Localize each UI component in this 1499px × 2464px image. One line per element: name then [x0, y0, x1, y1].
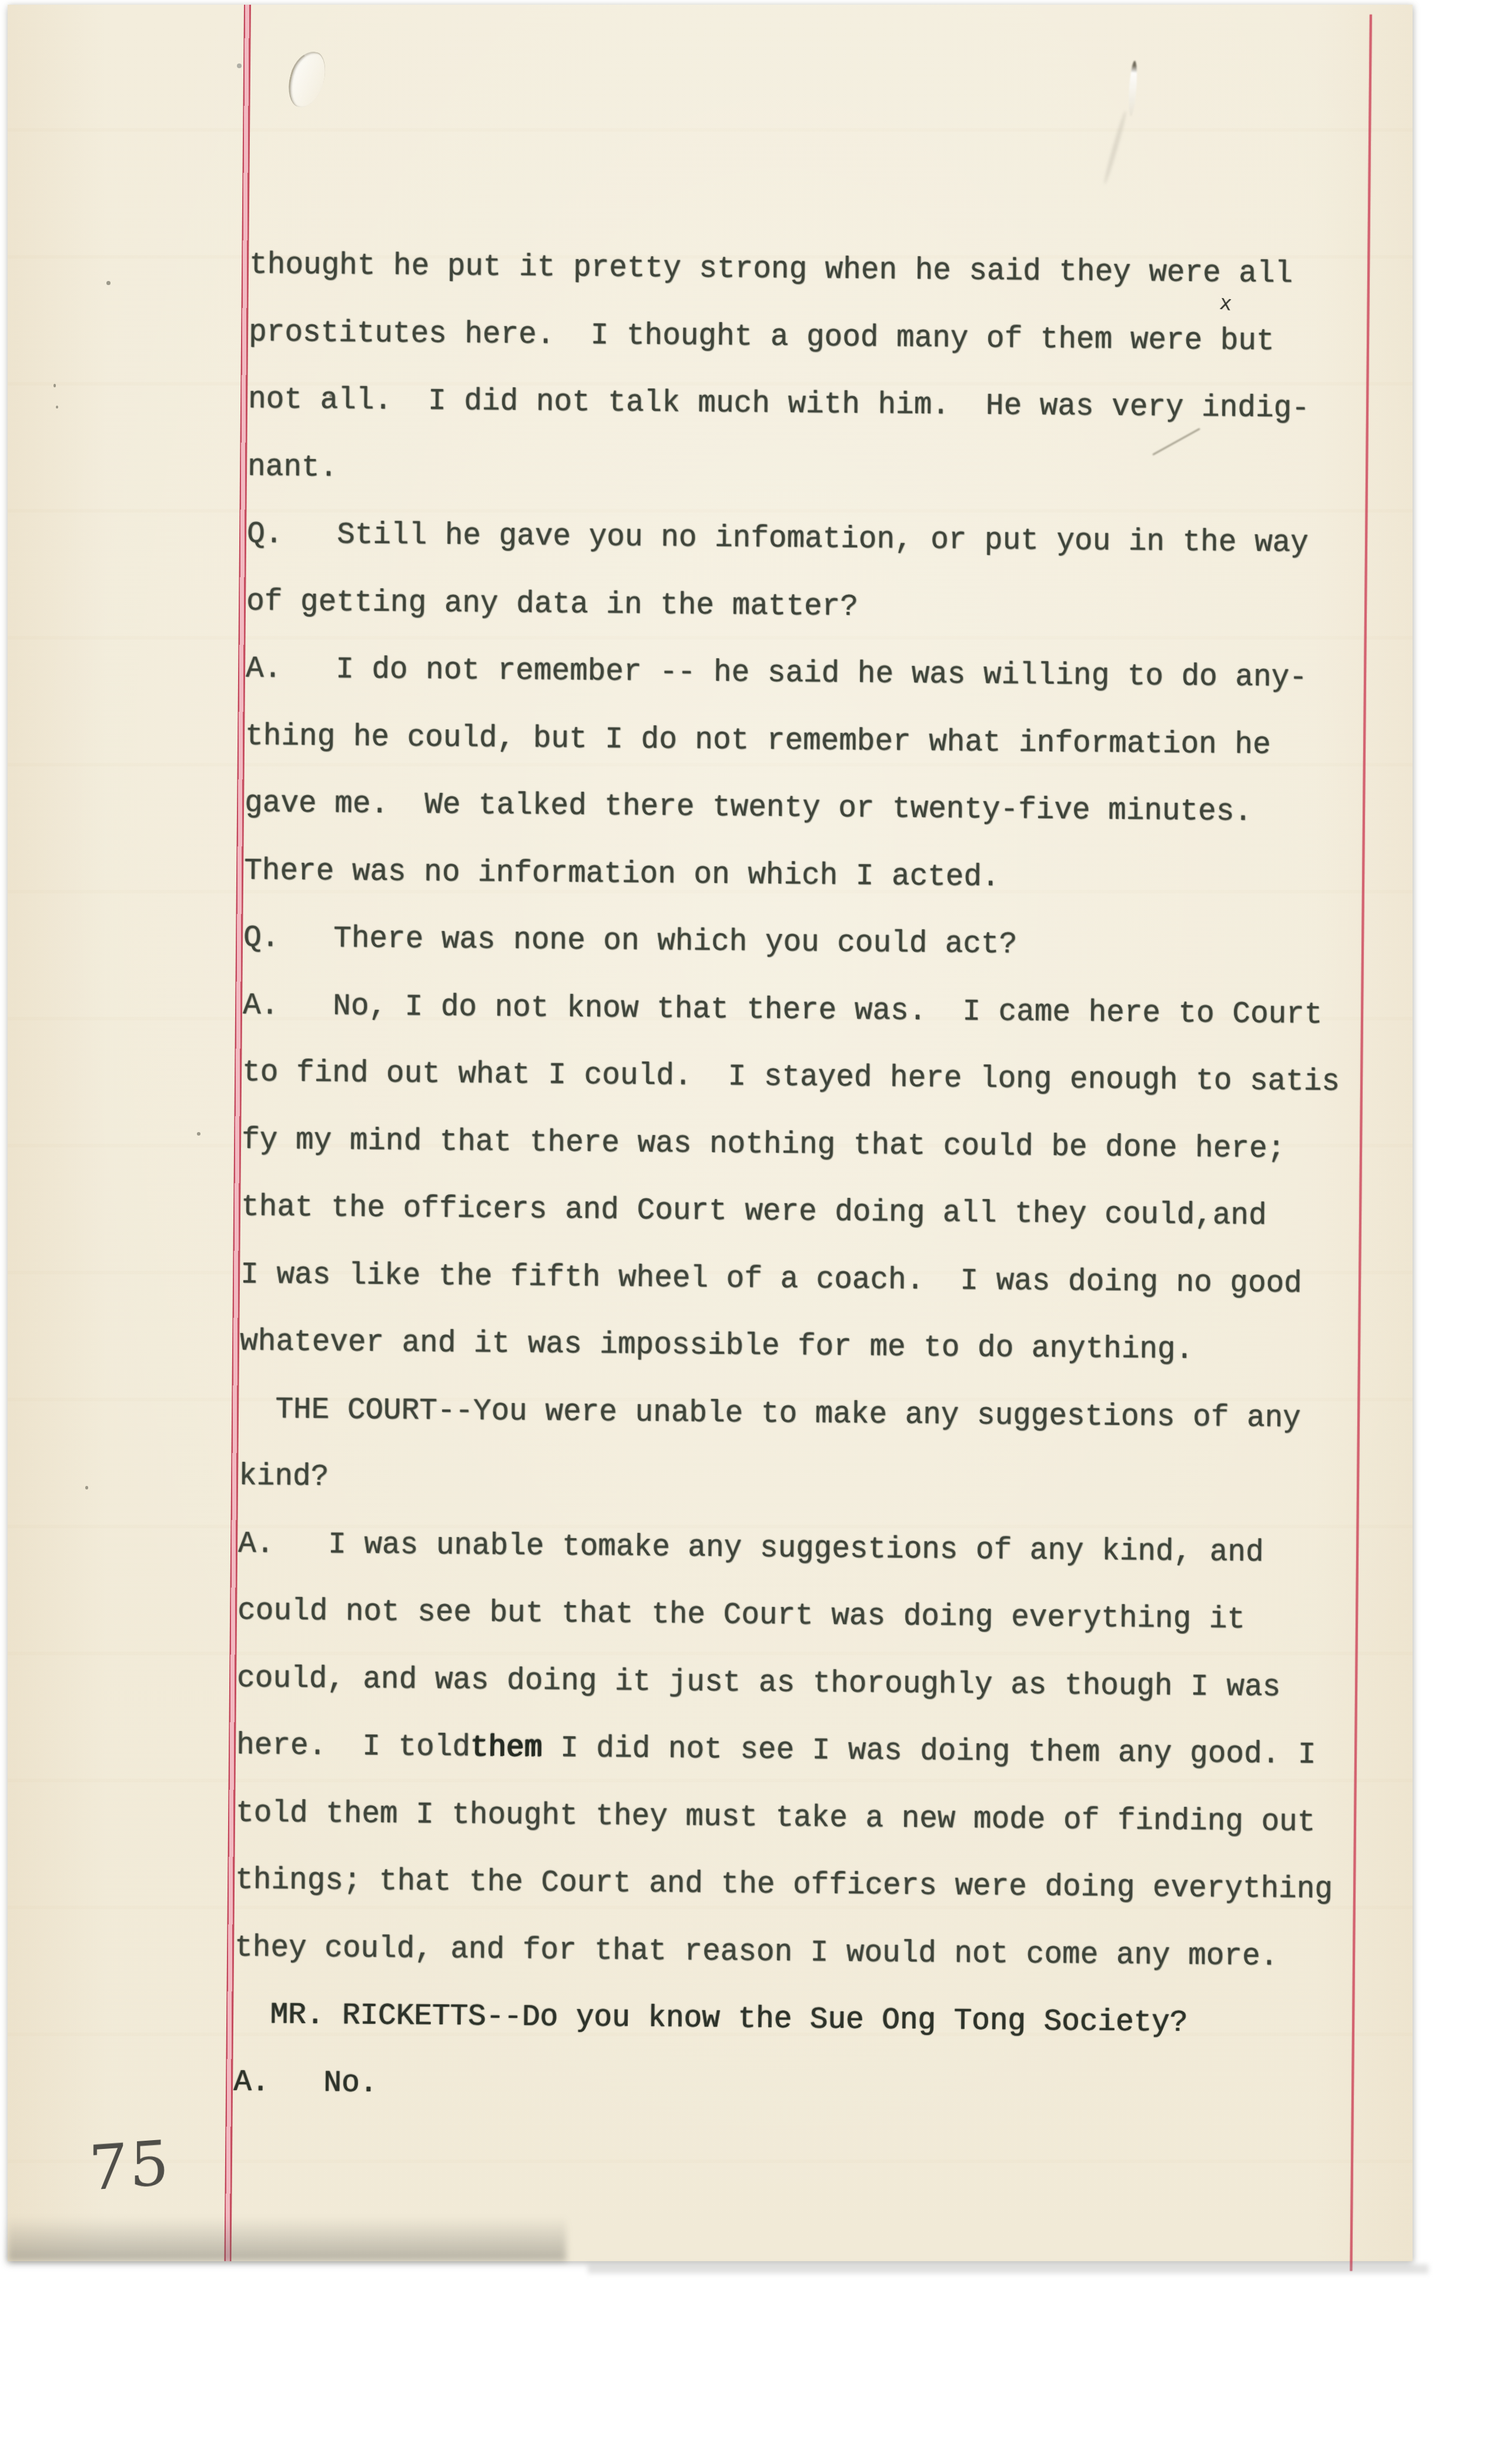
typewritten-line: that the officers and Court were doing a…: [241, 1174, 1376, 1251]
typewritten-line: to find out what I could. I stayed here …: [242, 1040, 1377, 1117]
typewritten-line: told them I thought they must take a new…: [236, 1780, 1371, 1857]
paper-speckle: [237, 63, 242, 68]
handwritten-page-number: 75: [88, 2132, 171, 2200]
paper-speckle: [197, 1132, 200, 1136]
typewritten-line: not all. I did not talk much with him. H…: [248, 367, 1383, 444]
typewritten-line: THE COURT--You were unable to make any s…: [239, 1376, 1374, 1453]
scanner-artifact-streak: [588, 2264, 1428, 2274]
typewritten-line: I was like the fifth wheel of a coach. I…: [240, 1241, 1376, 1318]
typewritten-line: things; that the Court and the officers …: [235, 1847, 1370, 1924]
typewritten-line: A. No.: [233, 2049, 1368, 2126]
typewritten-line: MR. RICKETTS--Do you know the Sue Ong To…: [234, 1982, 1369, 2059]
typewritten-line: nant.: [247, 434, 1383, 511]
typewritten-line: Q. Still he gave you no infomation, or p…: [247, 501, 1382, 578]
overstruck-text: them: [470, 1731, 543, 1765]
typewritten-line: of getting any data in the matter?: [246, 569, 1381, 646]
typewritten-line: Q. There was none on which you could act…: [243, 905, 1378, 982]
bottom-shadow: [8, 2217, 566, 2261]
paper-speckle: [85, 1486, 88, 1489]
paper-speckle: [53, 384, 56, 387]
typewritten-line: A. I was unable tomake any suggestions o…: [238, 1511, 1373, 1588]
typewritten-line: here. I toldthem I did not see I was doi…: [236, 1713, 1371, 1790]
typewritten-line: gave me. We talked there twenty or twent…: [245, 771, 1380, 848]
page-content-group: thought he put it pretty strong when he …: [0, 2, 1413, 2271]
typewritten-line: A. No, I do not know that there was. I c…: [243, 972, 1378, 1049]
typewritten-line: thought he put it pretty strong when he …: [249, 232, 1384, 309]
typewritten-line: kind?: [239, 1444, 1374, 1521]
paper-speckle: [329, 394, 332, 397]
typewritten-line: whatever and it was impossible for me to…: [240, 1309, 1375, 1386]
typewritten-line: thing he could, but I do not remember wh…: [245, 704, 1380, 781]
typewritten-line: There was no information on which I acte…: [244, 838, 1379, 915]
typewritten-line: they could, and for that reason I would …: [235, 1914, 1370, 1991]
typewritten-line: fy my mind that there was nothing that c…: [242, 1107, 1377, 1184]
typewritten-line: could, and was doing it just as thorough…: [237, 1645, 1372, 1722]
paper-speckle: [106, 281, 111, 285]
typewritten-text-block: thought he put it pretty strong when he …: [233, 232, 1384, 2127]
typewritten-line: prostitutes here. I thought a good many …: [249, 300, 1384, 377]
typewritten-line: A. I do not remember -- he said he was w…: [246, 636, 1381, 713]
typewritten-line: could not see but that the Court was doi…: [237, 1578, 1373, 1655]
scan-background: thought he put it pretty strong when he …: [0, 0, 1499, 2464]
paper-speckle: [56, 406, 58, 409]
document-page: thought he put it pretty strong when he …: [8, 5, 1413, 2261]
